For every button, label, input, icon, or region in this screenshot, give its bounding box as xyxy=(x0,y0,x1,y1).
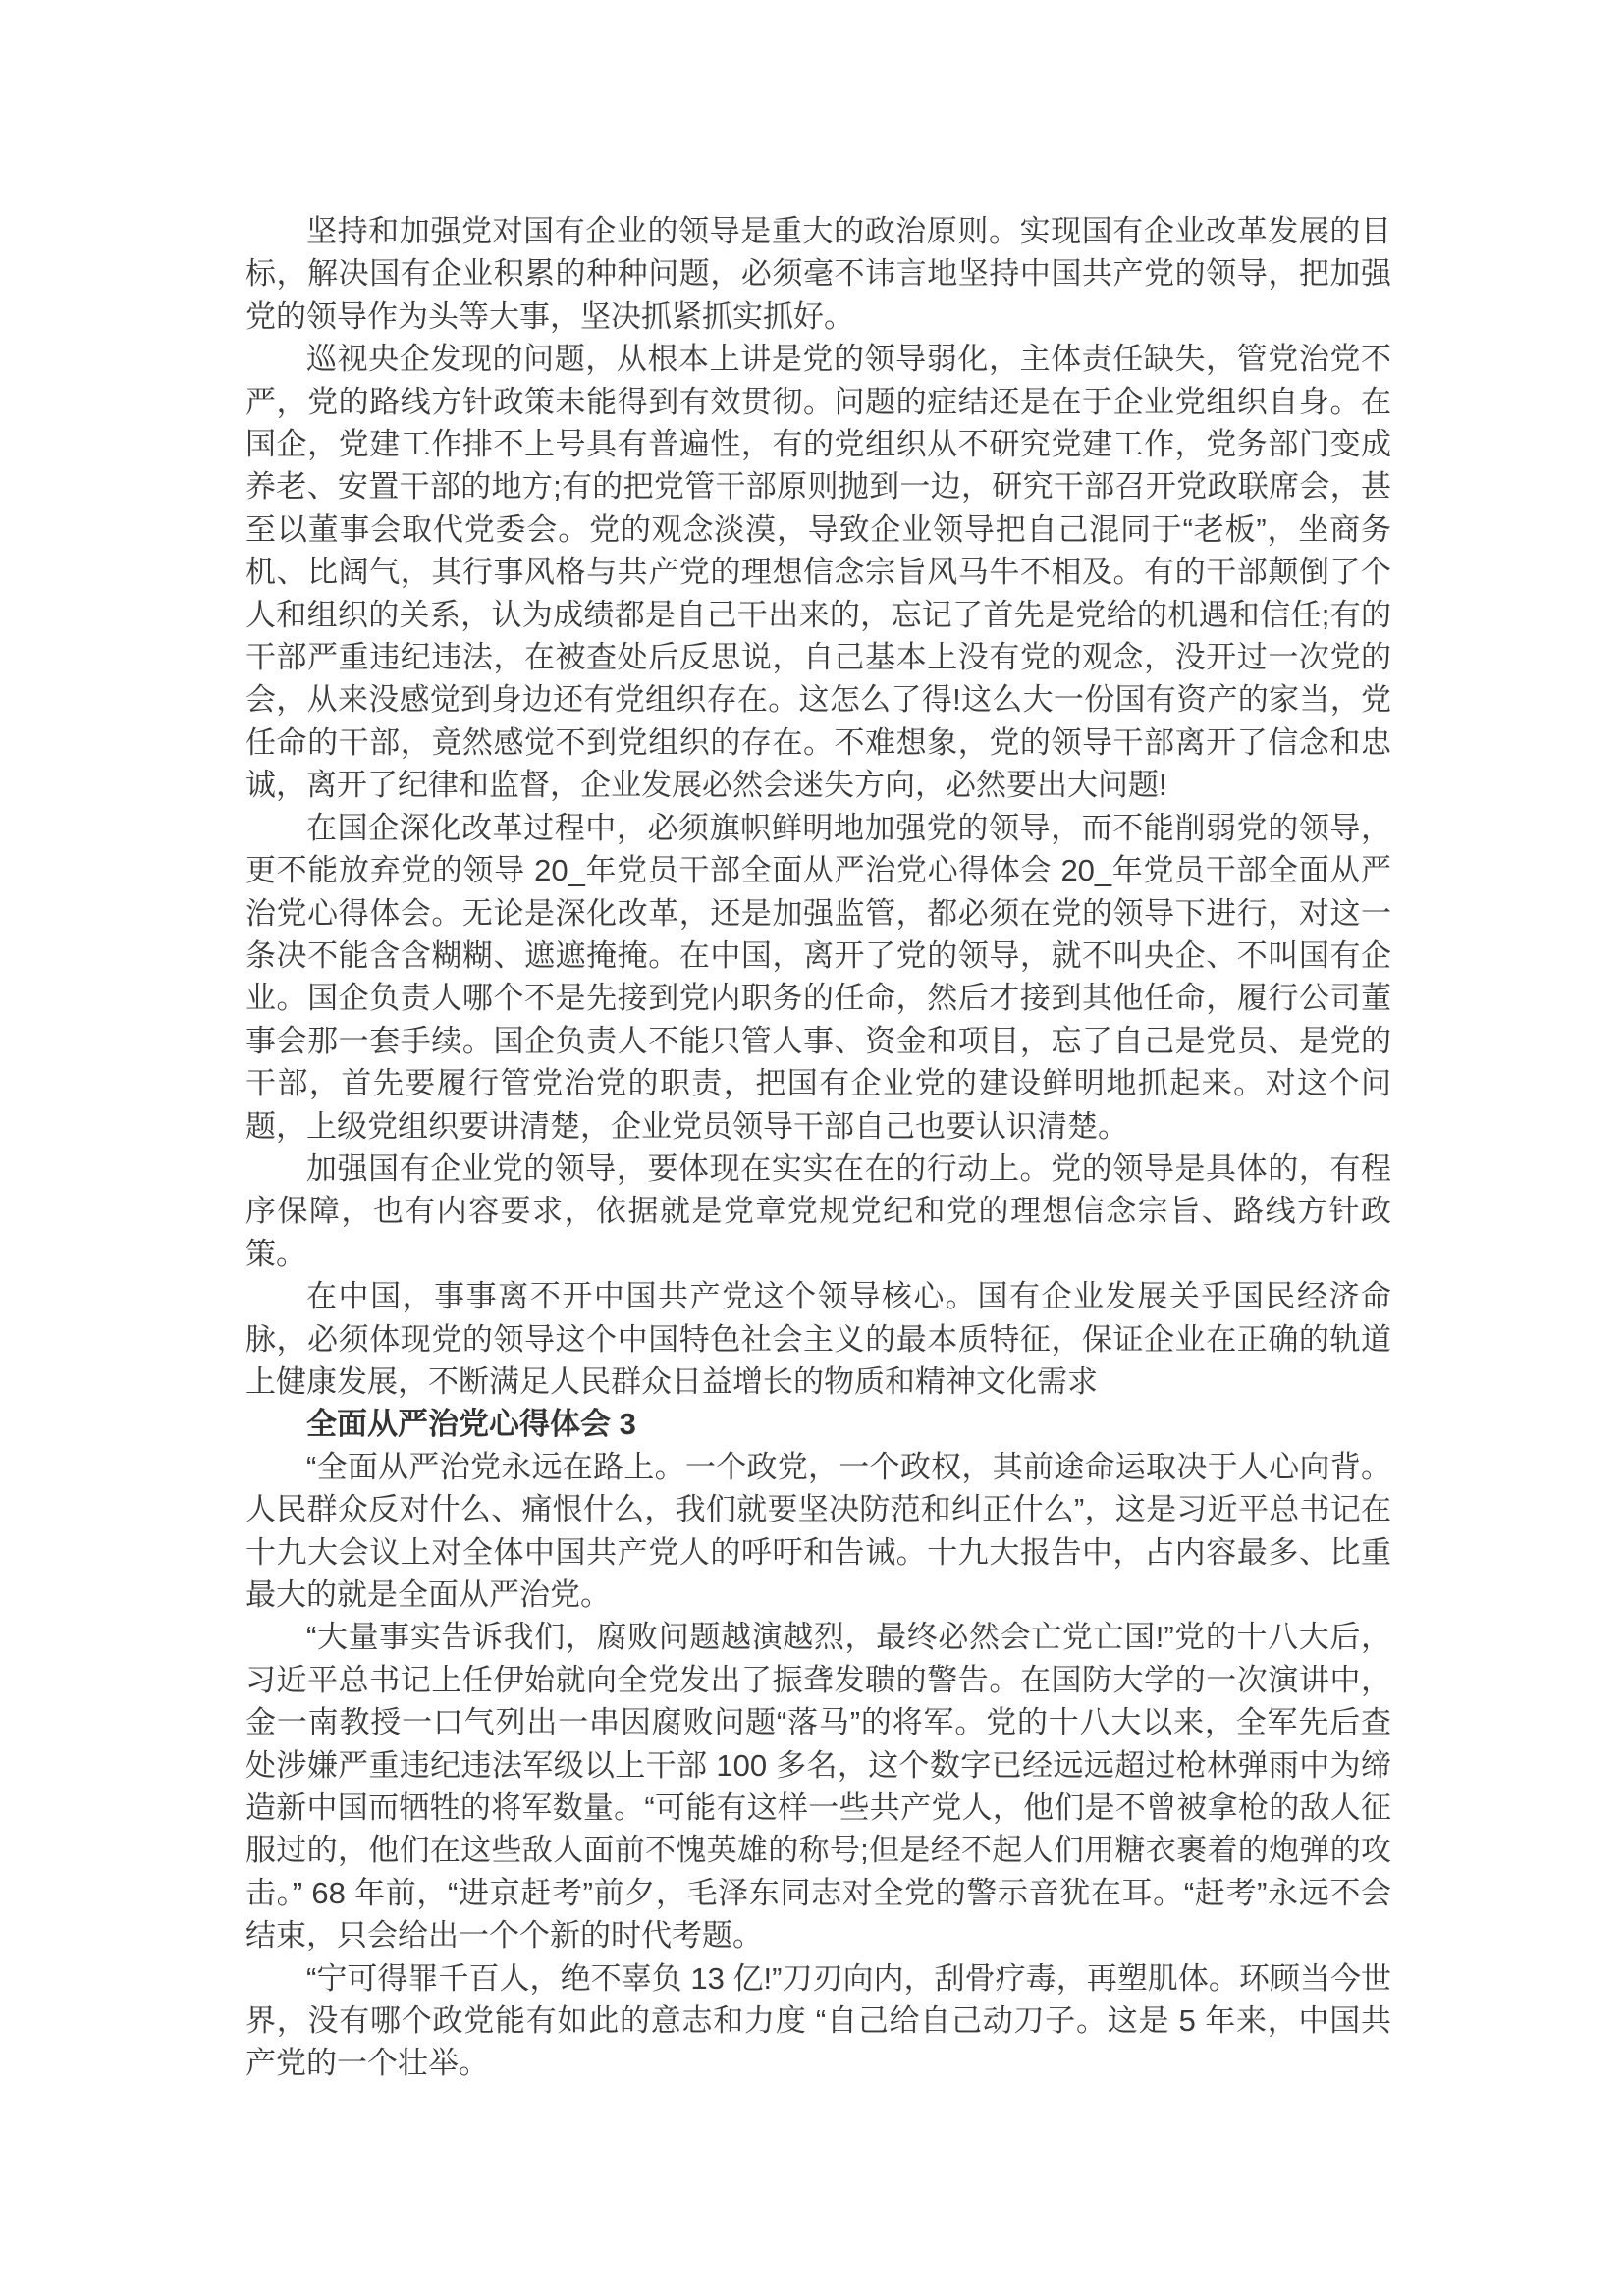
document-body: 坚持和加强党对国有企业的领导是重大的政治原则。实现国有企业改革发展的目标，解决国… xyxy=(245,210,1391,2085)
paragraph: 在中国，事事离不开中国共产党这个领导核心。国有企业发展关乎国民经济命脉，必须体现… xyxy=(245,1275,1391,1403)
section-heading: 全面从严治党心得体会 3 xyxy=(245,1403,1391,1445)
paragraph: 坚持和加强党对国有企业的领导是重大的政治原则。实现国有企业改革发展的目标，解决国… xyxy=(245,210,1391,338)
paragraph: “全面从严治党永远在路上。一个政党，一个政权，其前途命运取决于人心向背。人民群众… xyxy=(245,1446,1391,1617)
paragraph: 在国企深化改革过程中，必须旗帜鲜明地加强党的领导，而不能削弱党的领导，更不能放弃… xyxy=(245,807,1391,1148)
paragraph: “大量事实告诉我们，腐败问题越演越烈，最终必然会亡党亡国!”党的十八大后，习近平… xyxy=(245,1616,1391,1956)
paragraph: 巡视央企发现的问题，从根本上讲是党的领导弱化，主体责任缺失，管党治党不严，党的路… xyxy=(245,338,1391,806)
document-page: 坚持和加强党对国有企业的领导是重大的政治原则。实现国有企业改革发展的目标，解决国… xyxy=(0,0,1624,2296)
paragraph: 加强国有企业党的领导，要体现在实实在在的行动上。党的领导是具体的，有程序保障，也… xyxy=(245,1148,1391,1275)
paragraph: “宁可得罪千百人，绝不辜负 13 亿!”刀刃向内，刮骨疗毒，再塑肌体。环顾当今世… xyxy=(245,1957,1391,2085)
